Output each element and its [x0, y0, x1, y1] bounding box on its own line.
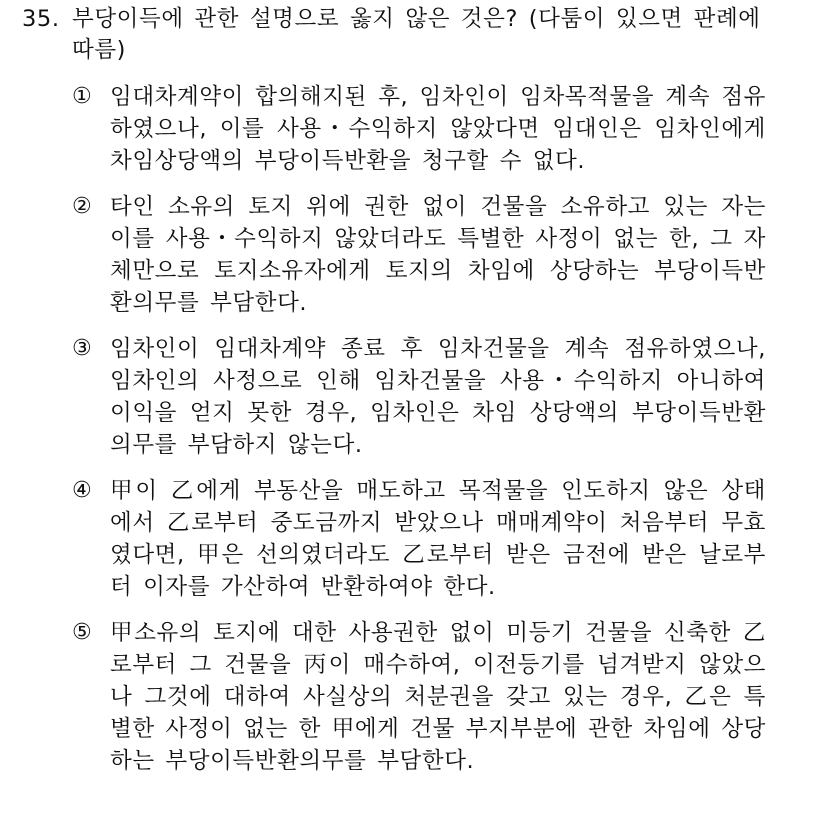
option-1[interactable]: ① 임대차계약이 합의해지된 후, 임차인이 임차목적물을 계속 점유하였으나,… [0, 81, 766, 177]
option-marker: ② [72, 191, 92, 223]
option-text: 임대차계약이 합의해지된 후, 임차인이 임차목적물을 계속 점유하였으나, 이… [110, 81, 766, 177]
option-4[interactable]: ④ 甲이 乙에게 부동산을 매도하고 목적물을 인도하지 않은 상태에서 乙로부… [0, 475, 766, 603]
option-text: 타인 소유의 토지 위에 권한 없이 건물을 소유하고 있는 자는 이를 사용・… [110, 191, 766, 319]
option-5[interactable]: ⑤ 甲소유의 토지에 대한 사용권한 없이 미등기 건물을 신축한 乙로부터 그… [0, 617, 766, 777]
option-text: 임차인이 임대차계약 종료 후 임차건물을 계속 점유하였으나, 임차인의 사정… [110, 333, 766, 461]
answer-options: ① 임대차계약이 합의해지된 후, 임차인이 임차목적물을 계속 점유하였으나,… [0, 81, 826, 777]
option-marker: ① [72, 81, 92, 113]
option-text: 甲이 乙에게 부동산을 매도하고 목적물을 인도하지 않은 상태에서 乙로부터 … [110, 475, 766, 603]
question-text: 부당이득에 관한 설명으로 옳지 않은 것은? (다툼이 있으면 판례에 따름) [72, 4, 766, 66]
option-text: 甲소유의 토지에 대한 사용권한 없이 미등기 건물을 신축한 乙로부터 그 건… [110, 617, 766, 777]
option-marker: ⑤ [72, 617, 92, 649]
option-2[interactable]: ② 타인 소유의 토지 위에 권한 없이 건물을 소유하고 있는 자는 이를 사… [0, 191, 766, 319]
question: 35. 부당이득에 관한 설명으로 옳지 않은 것은? (다툼이 있으면 판례에… [0, 4, 826, 66]
option-marker: ④ [72, 475, 92, 507]
question-number: 35. [22, 4, 60, 35]
option-3[interactable]: ③ 임차인이 임대차계약 종료 후 임차건물을 계속 점유하였으나, 임차인의 … [0, 333, 766, 461]
exam-page: 35. 부당이득에 관한 설명으로 옳지 않은 것은? (다툼이 있으면 판례에… [0, 0, 826, 777]
option-marker: ③ [72, 333, 92, 365]
